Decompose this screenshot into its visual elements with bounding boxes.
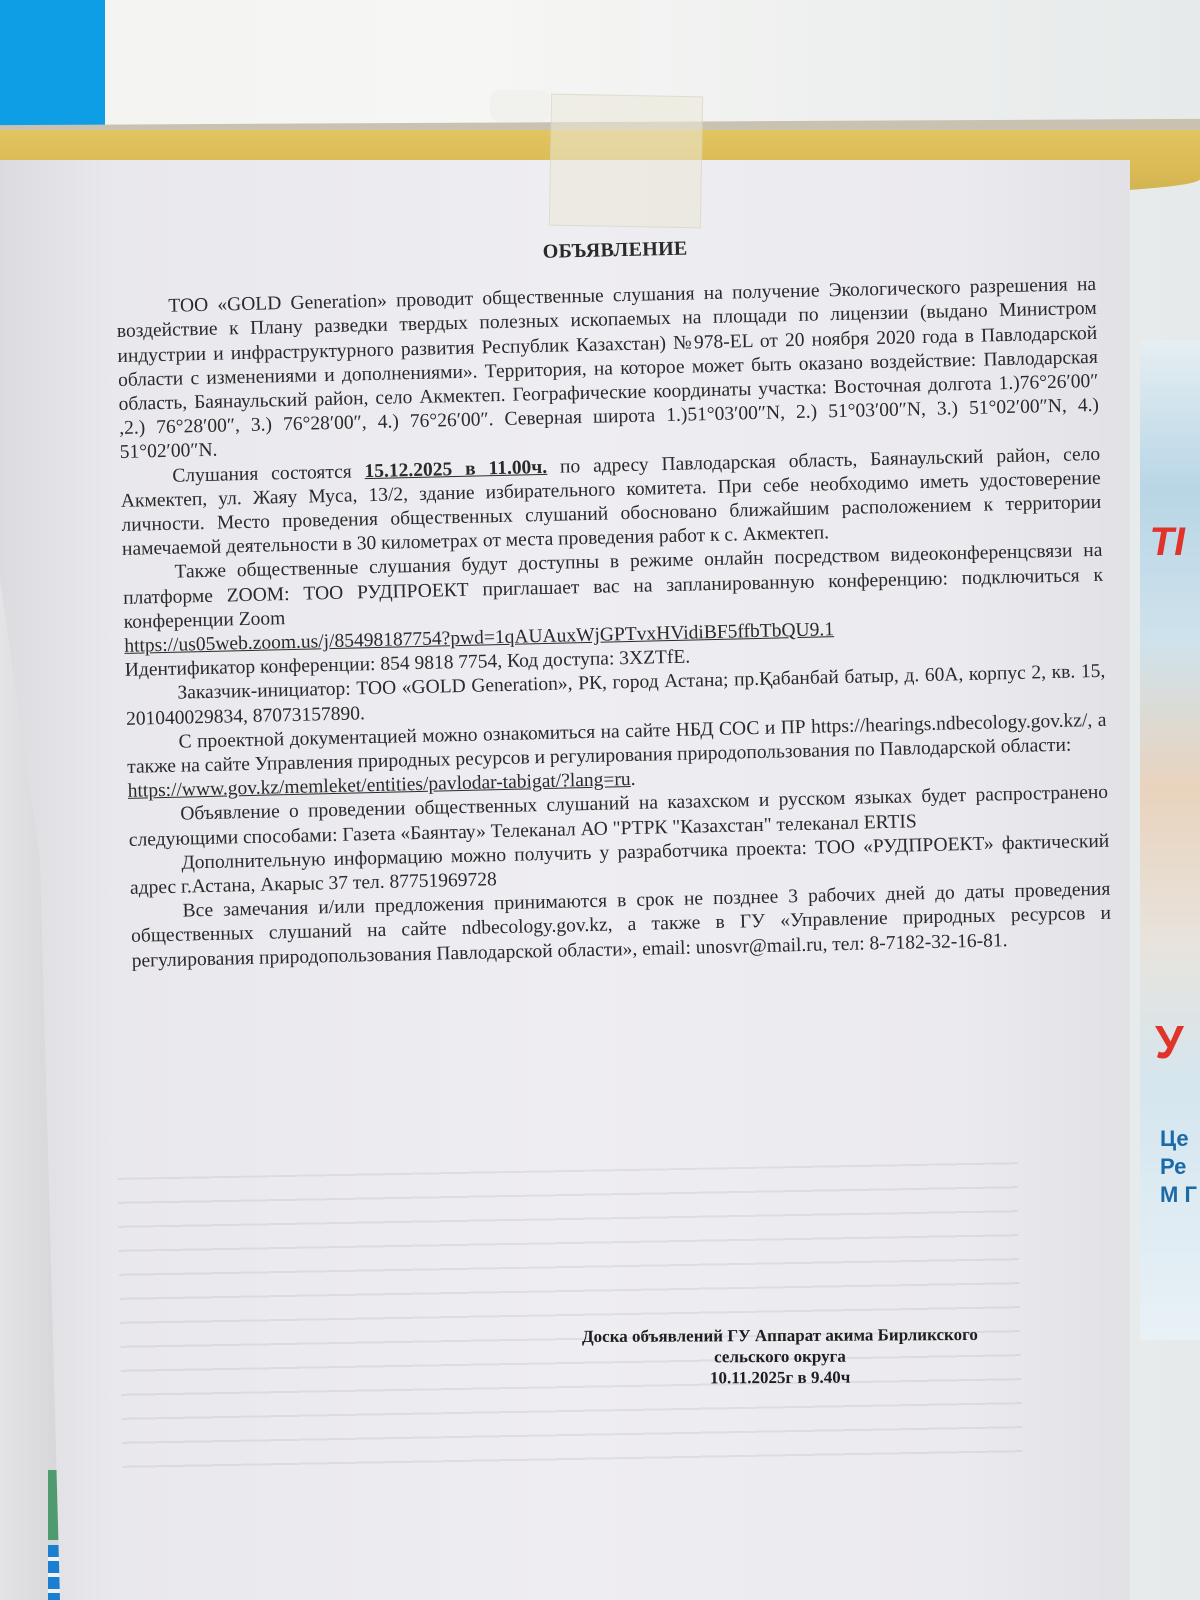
hearing-date: 15.12.2025 в 11.00ч. <box>364 457 547 482</box>
stamp-line-1: Доска объявлений ГУ Аппарат акима Бирлик… <box>530 1324 1030 1348</box>
board-stamp: Доска объявлений ГУ Аппарат акима Бирлик… <box>530 1324 1030 1390</box>
bleed-through-text <box>117 1162 1022 1478</box>
stamp-line-2: сельского округа <box>530 1345 1030 1369</box>
adhesive-tape <box>549 94 703 229</box>
hearing-intro: Слушания состоятся <box>172 461 365 487</box>
notice-body: ОБЪЯВЛЕНИЕ ТОО «GOLD Generation» проводи… <box>115 227 1112 974</box>
paragraph-intro: ТОО «GOLD Generation» проводит обществен… <box>116 273 1100 465</box>
tape-curl <box>490 90 550 122</box>
poster-blue-text: Це Ре М Г <box>1160 1125 1200 1209</box>
gov-link-suffix: . <box>630 769 635 790</box>
blue-wall-panel <box>0 0 105 135</box>
stamp-line-3: 10.11.2025г в 9.40ч <box>530 1366 1030 1390</box>
poster-red-letter: У <box>1155 1015 1184 1069</box>
